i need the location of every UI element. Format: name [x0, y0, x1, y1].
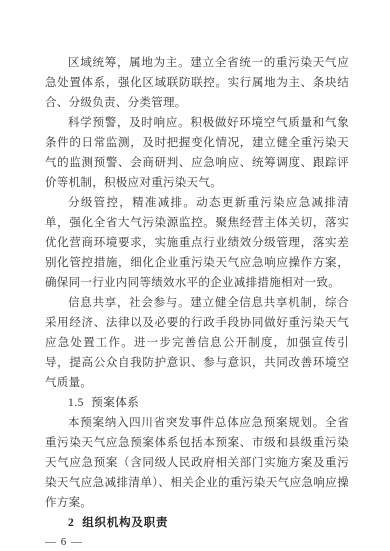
- page-content: 区域统筹，属地为主。建立全省统一的重污染天气应急处置体系，强化区域联防联控。实行…: [45, 53, 349, 549]
- body-paragraph-tiered-control: 分级管控，精准减排。动态更新重污染应急减排清单，强化全省大气污染源监控。聚焦经营…: [45, 193, 349, 293]
- body-paragraph-scientific-warning: 科学预警，及时响应。积极做好环境空气质量和气象条件的日常监测，及时把握变化情况，…: [45, 113, 349, 193]
- page-number: — 6 —: [45, 533, 349, 549]
- body-paragraph-regional-coordination: 区域统筹，属地为主。建立全省统一的重污染天气应急处置体系，强化区域联防联控。实行…: [45, 53, 349, 113]
- section-heading-2-organization: 2 组织机构及职责: [45, 513, 349, 533]
- section-heading-1-5-plan-system: 1.5 预案体系: [45, 393, 349, 413]
- document-page: 区域统筹，属地为主。建立全省统一的重污染天气应急处置体系，强化区域联防联控。实行…: [0, 0, 390, 551]
- body-paragraph-information-sharing: 信息共享，社会参与。建立健全信息共享机制，综合采用经济、法律以及必要的行政手段协…: [45, 293, 349, 393]
- body-paragraph-plan-system: 本预案纳入四川省突发事件总体应急预案规划。全省重污染天气应急预案体系包括本预案、…: [45, 413, 349, 513]
